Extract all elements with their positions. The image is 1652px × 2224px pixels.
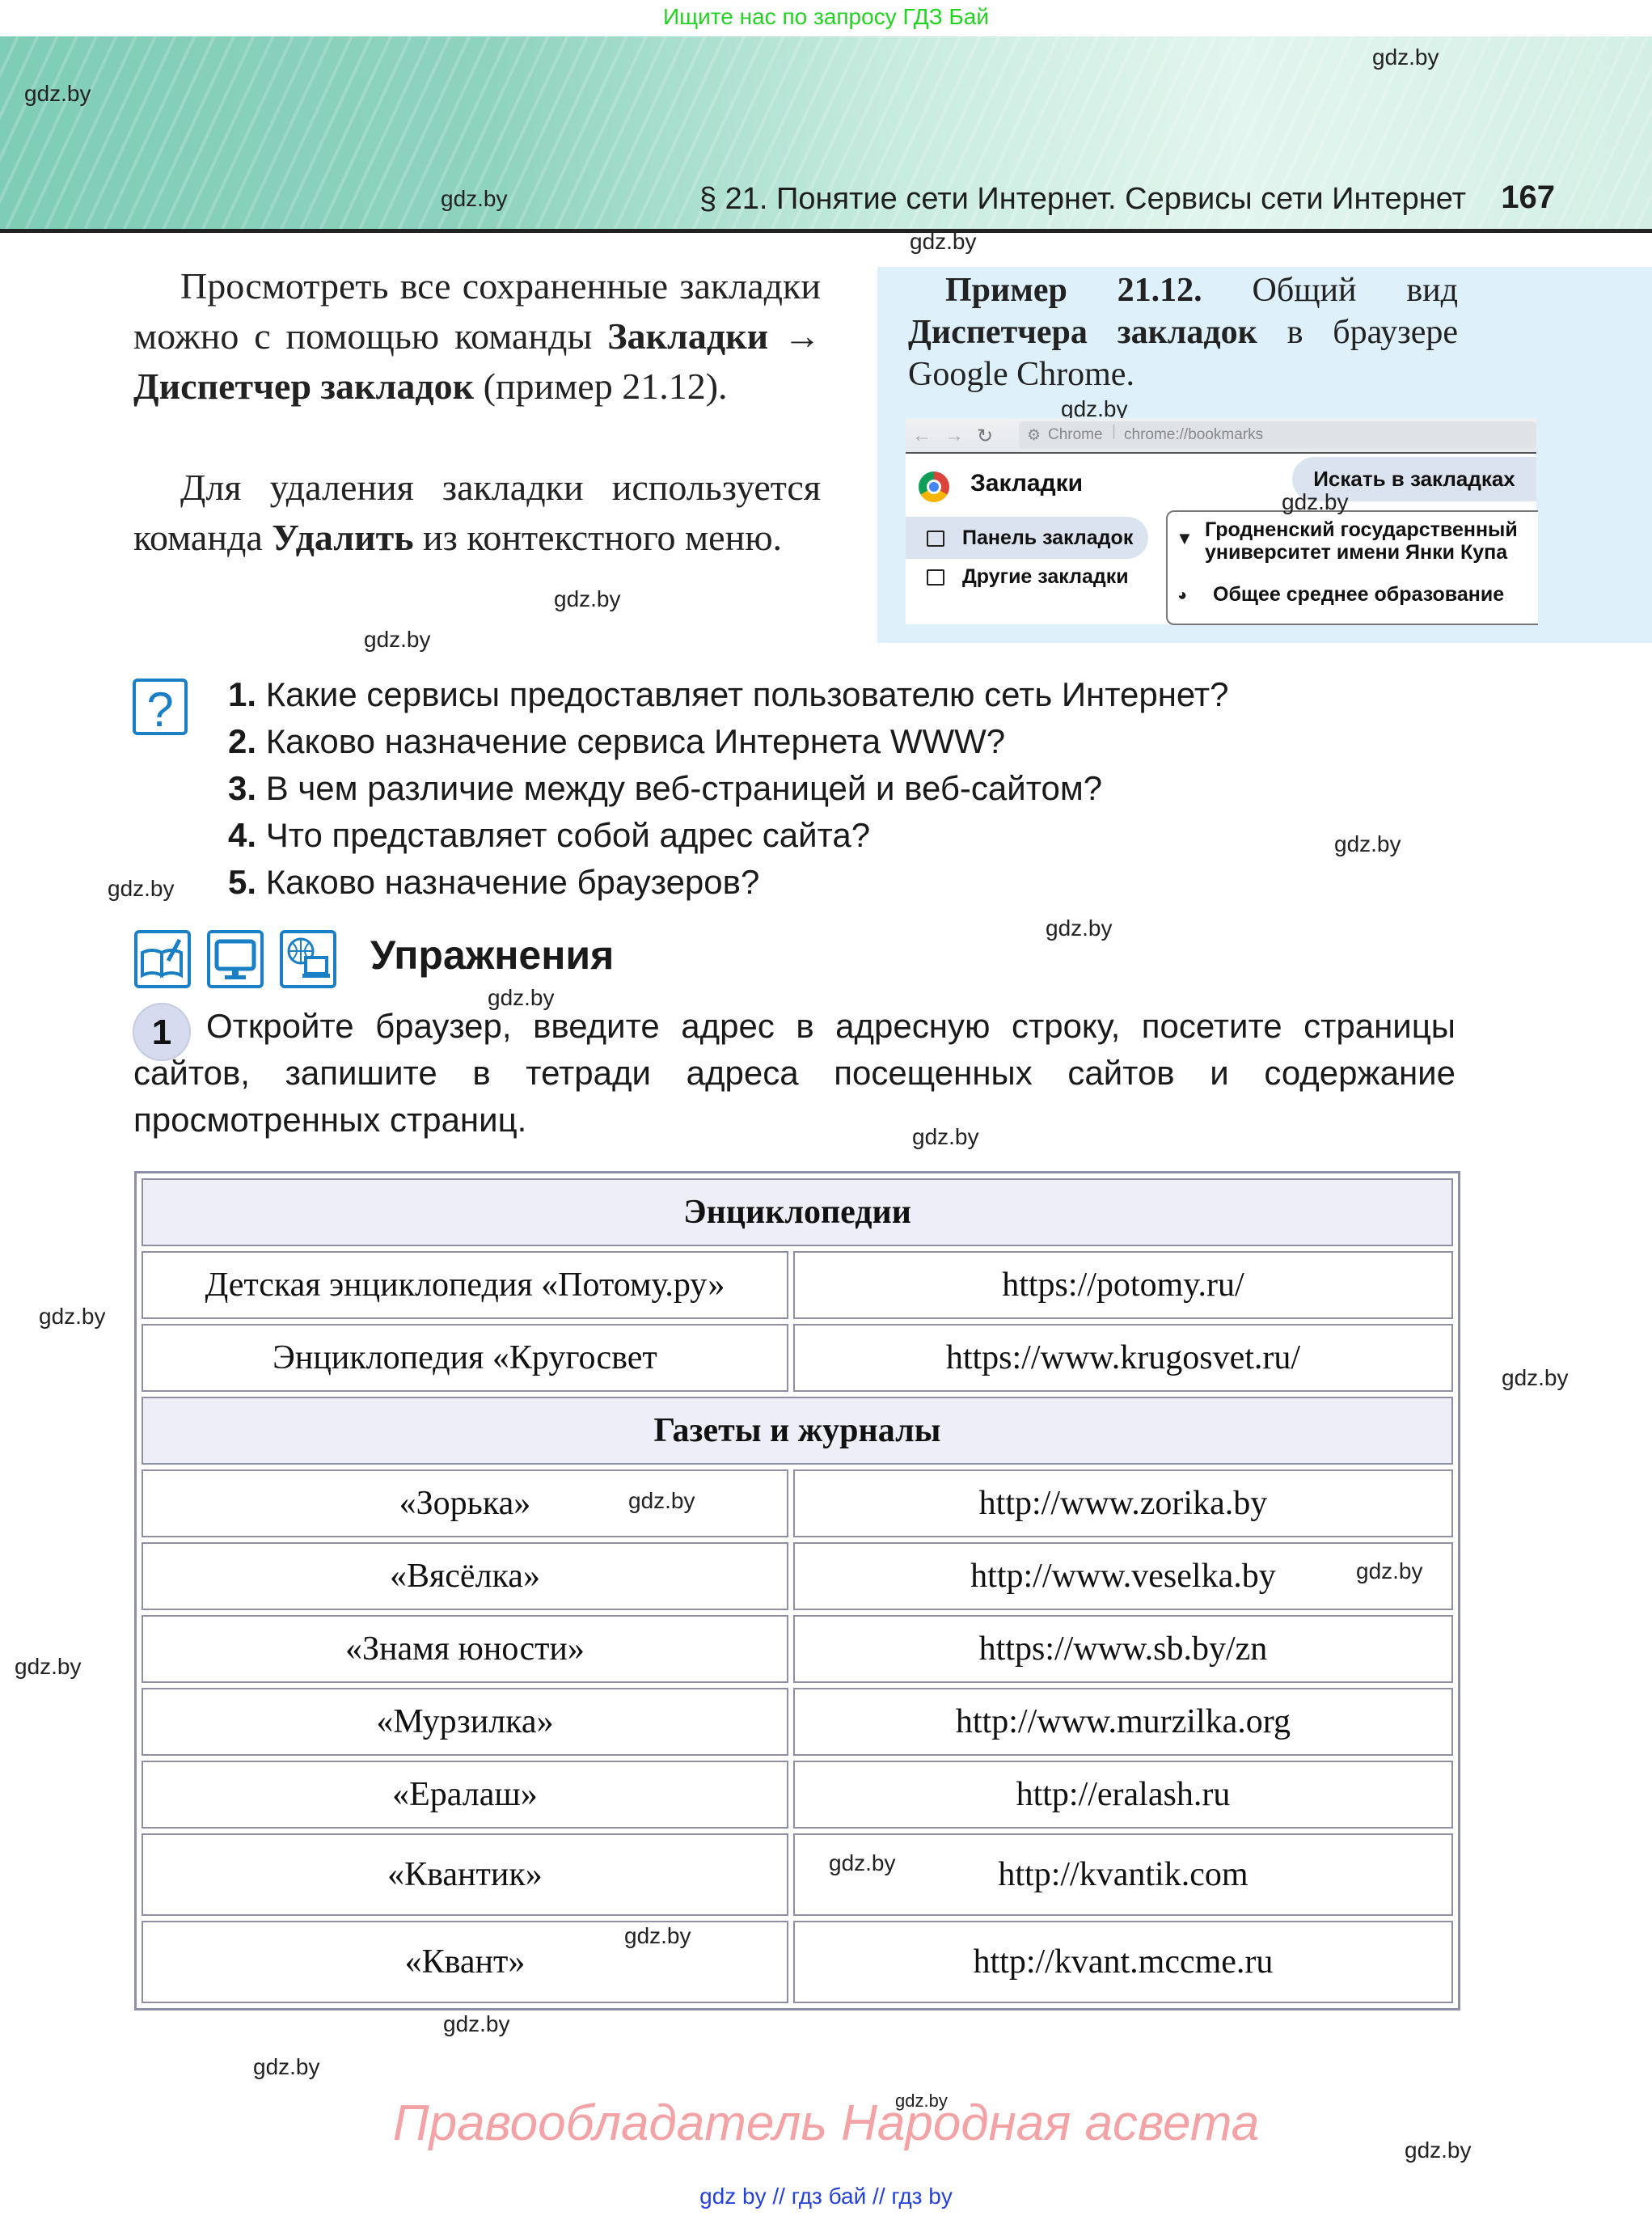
watermark: gdz.by [364, 627, 431, 653]
watermark: gdz.by [108, 876, 175, 902]
watermark: gdz.by [1282, 489, 1349, 515]
university-logo-icon: ▼ [1176, 528, 1194, 549]
folder-icon [927, 569, 944, 586]
watermark: gdz.by [912, 1124, 979, 1150]
book-pen-icon [134, 930, 191, 988]
paragraph-bookmarks-delete: Для удаления закладки используется коман… [133, 463, 821, 563]
watermark: gdz.by [1356, 1558, 1423, 1584]
watermark: gdz.by [15, 1654, 82, 1680]
bookmark-manager-screenshot: ← → ↻ ⚙ Chrome | chrome://bookmarks Закл… [906, 418, 1536, 624]
watermark: gdz.by [628, 1488, 695, 1514]
back-icon[interactable]: ← [912, 425, 932, 447]
question-item: 3. В чем различие между веб-страницей и … [228, 765, 1229, 812]
footer-links[interactable]: gdz by // гдз бай // гдз by [0, 2184, 1652, 2209]
site-name-cell: «Квант» [142, 1921, 788, 2003]
site-url-cell[interactable]: http://eralash.ru [793, 1761, 1453, 1829]
question-item: 4. Что представляет собой адрес сайта? [228, 812, 1229, 859]
question-mark-icon: ? [133, 679, 188, 735]
site-name-cell: «Квантик» [142, 1833, 788, 1916]
section-title: § 21. Понятие сети Интернет. Сервисы сет… [699, 182, 1466, 217]
copyright-notice: Правообладатель Народная асвета [0, 2095, 1652, 2152]
exercises-heading: Упражнения [370, 932, 614, 979]
table-row: Энциклопедия «Кругосветhttps://www.krugo… [142, 1324, 1453, 1392]
bookmark-list: ▼ Гродненский государственный университе… [1166, 510, 1538, 625]
table-row: Детская энциклопедия «Потому.ру»https://… [142, 1251, 1453, 1319]
watermark: gdz.by [624, 1923, 691, 1949]
watermark: gdz.by [1372, 44, 1439, 70]
table-row: «Вясёлка»http://www.veselka.by [142, 1542, 1453, 1610]
site-name-cell: «Вясёлка» [142, 1542, 788, 1610]
sidebar-item-other-bookmarks[interactable]: Другие закладки [906, 556, 1148, 598]
url-text: chrome://bookmarks [1124, 426, 1263, 444]
table-section-header: Энциклопедии [142, 1178, 1453, 1246]
folder-icon [927, 531, 944, 547]
table-row: «Мурзилка»http://www.murzilka.org [142, 1688, 1453, 1756]
monitor-icon [207, 930, 264, 988]
site-url-cell[interactable]: http://www.veselka.by [793, 1542, 1453, 1610]
question-item: 1. Какие сервисы предоставляет пользоват… [228, 671, 1229, 718]
table-row: «Зорька»http://www.zorika.by [142, 1469, 1453, 1537]
forward-icon[interactable]: → [944, 425, 964, 447]
paragraph-bookmarks-view: Просмотреть все сохраненные закладки мож… [133, 261, 821, 412]
site-url-cell[interactable]: https://www.sb.by/zn [793, 1615, 1453, 1683]
site-url-cell[interactable]: http://kvant.mccme.ru [793, 1921, 1453, 2003]
review-questions: 1. Какие сервисы предоставляет пользоват… [228, 671, 1229, 906]
site-url-cell[interactable]: http://www.zorika.by [793, 1469, 1453, 1537]
watermark: gdz.by [441, 186, 508, 212]
page-number: 167 [1501, 180, 1555, 216]
watermark: gdz.by [443, 2011, 510, 2037]
watermark: gdz.by [1502, 1365, 1569, 1391]
watermark: gdz.by [39, 1304, 106, 1330]
exercise-number-badge: 1 [133, 1003, 191, 1061]
globe-icon: ◕ [1177, 586, 1187, 605]
site-name-cell: «Знамя юности» [142, 1615, 788, 1683]
websites-table: ЭнциклопедииДетская энциклопедия «Потому… [134, 1171, 1460, 2010]
site-name-cell: Детская энциклопедия «Потому.ру» [142, 1251, 788, 1319]
table-section-header-row: Энциклопедии [142, 1178, 1453, 1246]
example-caption: Пример 21.12. Общий вид Диспетчера закла… [908, 269, 1458, 395]
site-name-cell: «Ералаш» [142, 1761, 788, 1829]
url-divider: | [1112, 423, 1116, 441]
table-section-header-row: Газеты и журналы [142, 1397, 1453, 1465]
browser-address-bar: ← → ↻ ⚙ Chrome | chrome://bookmarks [906, 418, 1536, 454]
watermark: gdz.by [1334, 831, 1401, 857]
watermark: gdz.by [829, 1850, 896, 1876]
site-name-cell: Энциклопедия «Кругосвет [142, 1324, 788, 1392]
chrome-site-icon: ⚙ [1027, 426, 1041, 445]
chrome-logo-icon [919, 471, 949, 502]
site-url-cell[interactable]: https://potomy.ru/ [793, 1251, 1453, 1319]
table-row: «Квант»http://kvant.mccme.ru [142, 1921, 1453, 2003]
watermark: gdz.by [910, 229, 977, 255]
globe-laptop-icon [280, 930, 336, 988]
table-row: «Ералаш»http://eralash.ru [142, 1761, 1453, 1829]
bookmark-item[interactable]: Общее среднее образование [1213, 583, 1504, 606]
site-url-cell[interactable]: https://www.krugosvet.ru/ [793, 1324, 1453, 1392]
watermark: gdz.by [24, 81, 91, 107]
exercise-task-text: Откройте браузер, введите адрес в адресн… [133, 1003, 1456, 1144]
site-name-cell: «Мурзилка» [142, 1688, 788, 1756]
bookmarks-title: Закладки [970, 470, 1083, 497]
question-item: 2. Каково назначение сервиса Интернета W… [228, 718, 1229, 765]
sidebar-item-bookmarks-bar[interactable]: Панель закладок [906, 517, 1148, 559]
watermark: gdz.by [1046, 915, 1113, 941]
watermark: gdz.by [253, 2054, 320, 2080]
table-row: «Квантик»http://kvantik.com [142, 1833, 1453, 1916]
bookmark-item[interactable]: Гродненский государственный университет … [1205, 518, 1536, 564]
site-url-cell[interactable]: http://www.murzilka.org [793, 1688, 1453, 1756]
search-banner-text: Ищите нас по запросу ГДЗ Бай [0, 0, 1652, 36]
question-item: 5. Каково назначение браузеров? [228, 859, 1229, 906]
watermark: gdz.by [554, 586, 621, 612]
reload-icon[interactable]: ↻ [977, 425, 993, 448]
site-label: Chrome [1048, 426, 1103, 444]
table-section-header: Газеты и журналы [142, 1397, 1453, 1465]
table-row: «Знамя юности»https://www.sb.by/zn [142, 1615, 1453, 1683]
